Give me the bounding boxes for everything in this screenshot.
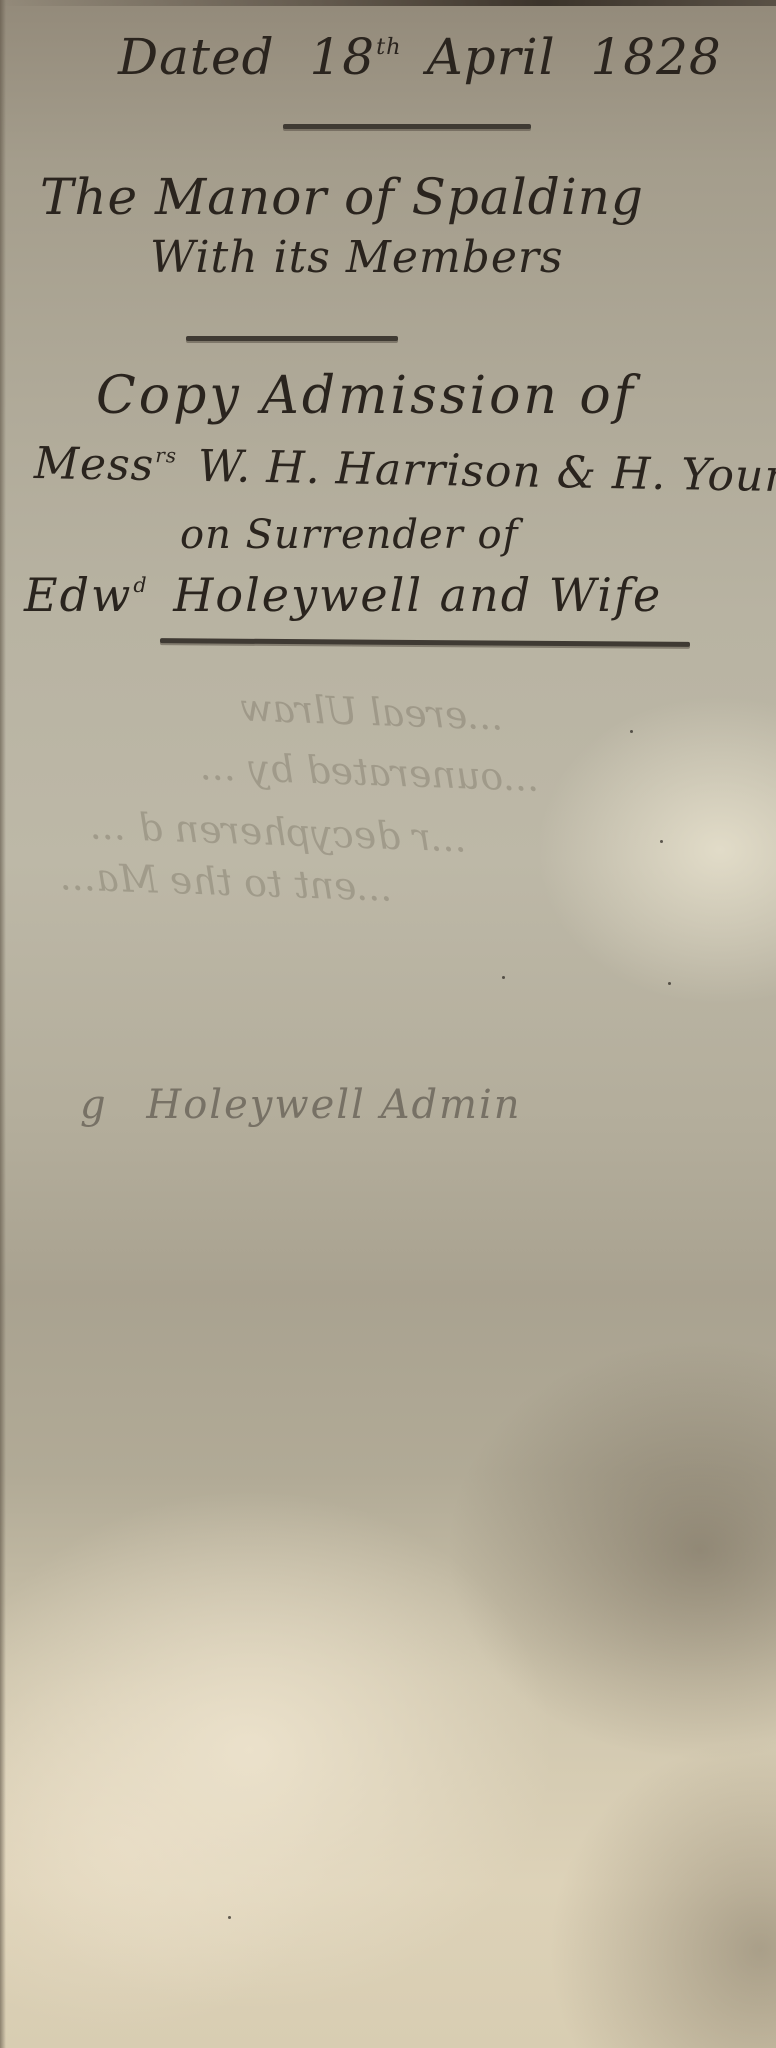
document-photo: Dated 18th April 1828 The Manor of Spald…	[0, 0, 776, 2048]
messrs-sup: rs	[155, 444, 177, 467]
ink-speck	[660, 840, 663, 843]
surrenderor-sup: d	[133, 573, 148, 597]
top-edge-rule	[0, 0, 776, 6]
left-paper-edge	[0, 0, 6, 2048]
manor-line-1: The Manor of Spalding	[40, 168, 644, 226]
date-day-suffix: th	[376, 34, 402, 60]
date-month: April	[427, 28, 556, 86]
bleed-through-line-1: ...ereal Ulraw	[239, 685, 504, 738]
title-line-2: Messrs W. H. Harrison & H. Young	[34, 438, 776, 503]
divider-rule-1	[283, 124, 531, 129]
title-line-1: Copy Admission of	[96, 366, 636, 426]
divider-rule-3	[160, 638, 690, 647]
pencil-note-text: Holeywell Admin	[146, 1082, 521, 1128]
bleed-through-line-2: ...ounerated by ...	[199, 744, 540, 800]
surrenderor-prefix: Edw	[24, 568, 132, 622]
date-prefix: Dated	[118, 28, 275, 86]
divider-rule-2	[186, 336, 398, 341]
date-line: Dated 18th April 1828	[118, 28, 722, 86]
ink-speck	[502, 976, 505, 979]
ampersand: &	[556, 447, 597, 499]
title-line-4: Edwd Holeywell and Wife	[24, 568, 662, 622]
title-line-3: on Surrender of	[180, 512, 518, 558]
ink-speck	[668, 982, 671, 985]
pencil-note: g Holeywell Admin	[80, 1082, 522, 1128]
date-day: 18	[310, 28, 376, 86]
bleed-through-line-4: ...ent to the Ma...	[59, 854, 393, 910]
messrs-prefix: Mess	[34, 438, 155, 491]
surrenderor-name: Holeywell and Wife	[173, 568, 662, 622]
ink-speck	[630, 730, 633, 733]
date-year: 1828	[590, 28, 721, 86]
grantee-1: W. H. Harrison	[197, 441, 542, 498]
pencil-note-prefix: g	[80, 1082, 108, 1128]
grantee-2: H. Young	[612, 448, 776, 503]
manor-line-2: With its Members	[150, 232, 563, 283]
ink-speck	[228, 1916, 231, 1919]
bleed-through-line-3: ...r decypheren d ...	[89, 803, 467, 860]
